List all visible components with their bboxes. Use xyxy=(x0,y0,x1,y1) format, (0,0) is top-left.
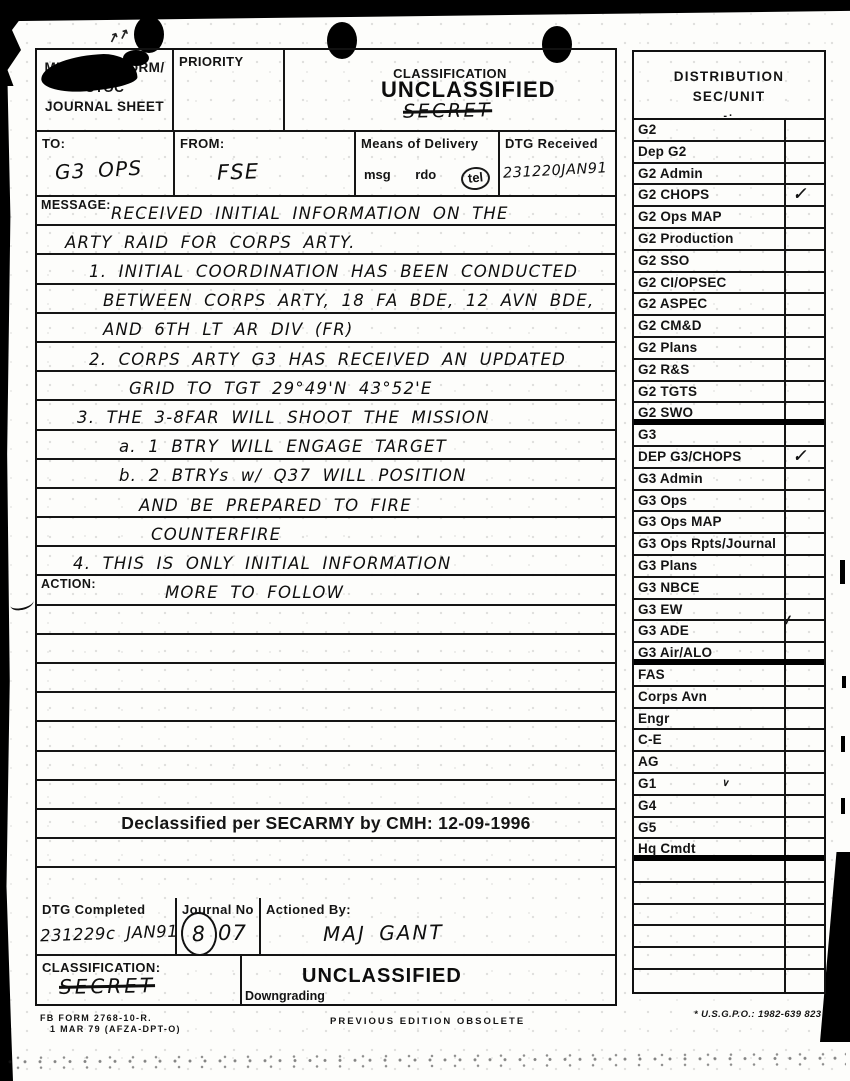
distribution-row-empty xyxy=(634,883,824,905)
handwritten-message-text: 3. THE 3-8FAR WILL SHOOT THE MISSION xyxy=(77,410,490,429)
distribution-check-cell xyxy=(786,687,824,707)
message-form: MESSAGE FORM/ CTOC JOURNAL SHEET PRIORIT… xyxy=(35,48,617,1006)
distribution-row-g2: G2 xyxy=(634,120,824,142)
distribution-unit-label xyxy=(634,948,786,968)
ruled-row xyxy=(37,606,615,635)
distribution-check-cell xyxy=(786,534,824,554)
distribution-row-g2-tgts: G2 TGTS xyxy=(634,382,824,404)
checkmark: ✓ xyxy=(792,184,810,205)
distribution-unit-label xyxy=(634,905,786,925)
stray-pencil-mark: ∨ xyxy=(721,777,731,789)
distribution-check-cell xyxy=(786,818,824,838)
classification-footer-label: CLASSIFICATION: xyxy=(42,960,160,975)
secret-handwritten-struck: SECRET xyxy=(59,975,155,997)
ruled-row: COUNTERFIRE xyxy=(37,518,615,547)
distribution-check-cell xyxy=(786,883,824,903)
distribution-row-g3-nbce: G3 NBCE xyxy=(634,578,824,600)
dtg-received-label: DTG Received xyxy=(505,136,598,151)
distribution-check-cell xyxy=(786,403,824,419)
ruled-row: 4. THIS IS ONLY INITIAL INFORMATION xyxy=(37,547,615,576)
ruled-row: AND BE PREPARED TO FIRE xyxy=(37,489,615,518)
printed-field-label: MESSAGE: xyxy=(41,198,111,212)
handwritten-message-text: RECEIVED INITIAL INFORMATION ON THE xyxy=(111,206,509,225)
ruled-row xyxy=(37,722,615,751)
ruled-row xyxy=(37,693,615,722)
distribution-unit-label: G2 Production xyxy=(634,229,786,249)
distribution-unit-label: Engr xyxy=(634,709,786,729)
dtg-received-value: 231220JAN91 xyxy=(503,161,608,181)
addressing-row: TO: G3 OPS FROM: FSE Means of Delivery m… xyxy=(37,132,615,197)
dtg-completed-label: DTG Completed xyxy=(42,902,145,917)
distribution-row-g2-r-s: G2 R&S xyxy=(634,360,824,382)
ruled-row: GRID TO TGT 29°49'N 43°52'E xyxy=(37,372,615,401)
distribution-check-cell xyxy=(786,491,824,511)
distribution-unit-label: G3 Air/ALO xyxy=(634,643,786,659)
handwritten-message-text: a. 1 BTRY WILL ENGAGE TARGET xyxy=(119,439,447,458)
distribution-row-g4: G4 xyxy=(634,796,824,818)
distribution-check-cell xyxy=(786,730,824,750)
ruled-row xyxy=(37,635,615,664)
distribution-check-cell xyxy=(786,251,824,271)
distribution-unit-label xyxy=(634,970,786,992)
distribution-row-dep-g3-chops: DEP G3/CHOPS✓ xyxy=(634,447,824,469)
distribution-header: DISTRIBUTION SEC/UNIT -· xyxy=(634,52,824,120)
distribution-row-g5: G5 xyxy=(634,818,824,840)
priority-box: PRIORITY xyxy=(174,50,285,130)
distribution-row-empty xyxy=(634,926,824,948)
distribution-check-cell xyxy=(786,556,824,576)
distribution-row-engr: Engr xyxy=(634,709,824,731)
distribution-row-empty xyxy=(634,948,824,970)
handwritten-message-text: AND 6TH LT AR DIV (FR) xyxy=(103,322,354,341)
unclassified-stamp: UNCLASSIFIED xyxy=(302,965,462,988)
distribution-row-ag: AG xyxy=(634,752,824,774)
form-number-line2: 1 MAR 79 (AFZA-DPT-O) xyxy=(40,1024,181,1035)
distribution-check-cell xyxy=(786,861,824,881)
distribution-row-g3-ew: G3 EW✓ xyxy=(634,600,824,622)
distribution-check-cell xyxy=(786,926,824,946)
gpo-print-note: * U.S.G.P.O.: 1982-639 823 xyxy=(694,1009,821,1020)
actioned-by-box: Actioned By: MAJ GANT xyxy=(261,898,615,954)
journal-no-value: 8 07 xyxy=(181,912,247,956)
form-number-line1: FB FORM 2768-10-R. xyxy=(40,1013,181,1024)
distribution-row-g1: G1∨ xyxy=(634,774,824,796)
distribution-row-g2-plans: G2 Plans xyxy=(634,338,824,360)
dtg-received-box: DTG Received 231220JAN91 xyxy=(500,132,615,195)
declassified-stamp-text: Declassified per SECARMY by CMH: 12-09-1… xyxy=(121,813,530,834)
distribution-check-cell xyxy=(786,774,824,794)
dtg-completed-box: DTG Completed 231229c JAN91 xyxy=(37,898,177,954)
distribution-unit-label: DEP G3/CHOPS xyxy=(634,447,786,467)
to-label: TO: xyxy=(42,136,65,151)
ink-blot xyxy=(123,50,149,66)
distribution-unit-label: FAS xyxy=(634,665,786,685)
distribution-row-g2-ci-opsec: G2 CI/OPSEC xyxy=(634,273,824,295)
form-header-row: MESSAGE FORM/ CTOC JOURNAL SHEET PRIORIT… xyxy=(37,50,615,132)
distribution-row-hq-cmdt: Hq Cmdt xyxy=(634,839,824,861)
distribution-check-cell: ✓ xyxy=(786,185,824,205)
journal-no-digits: 07 xyxy=(218,923,247,944)
scan-mark xyxy=(841,736,845,752)
scanned-journal-sheet: ↗↗ MESSAGE FORM/ CTOC JOURNAL SHEET PRIO… xyxy=(0,0,850,1081)
distribution-check-cell xyxy=(786,752,824,772)
distribution-row-g3-ade: G3 ADE xyxy=(634,621,824,643)
distribution-check-cell xyxy=(786,643,824,659)
journal-no-circled-digit: 8 xyxy=(180,910,219,956)
distribution-check-cell xyxy=(786,905,824,925)
ruled-row: ARTY RAID FOR CORPS ARTY. xyxy=(37,226,615,255)
distribution-table: DISTRIBUTION SEC/UNIT -· G2Dep G2G2 Admi… xyxy=(632,50,826,994)
distribution-unit-label: G3 Ops MAP xyxy=(634,512,786,532)
distribution-row-empty xyxy=(634,970,824,992)
distribution-unit-label: G3 xyxy=(634,425,786,445)
distribution-unit-label xyxy=(634,883,786,903)
distribution-unit-label: G2 R&S xyxy=(634,360,786,380)
distribution-unit-label: G3 ADE xyxy=(634,621,786,641)
distribution-unit-label: G3 Ops xyxy=(634,491,786,511)
means-label: Means of Delivery xyxy=(361,136,478,151)
priority-label: PRIORITY xyxy=(179,54,244,69)
distribution-row-g3-admin: G3 Admin xyxy=(634,469,824,491)
distribution-row-g2-admin: G2 Admin xyxy=(634,164,824,186)
ruled-row: 1. INITIAL COORDINATION HAS BEEN CONDUCT… xyxy=(37,255,615,284)
distribution-check-cell xyxy=(786,382,824,402)
handwritten-message-text: ARTY RAID FOR CORPS ARTY. xyxy=(65,235,356,254)
ruled-row: a. 1 BTRY WILL ENGAGE TARGET xyxy=(37,431,615,460)
downgrading-box: UNCLASSIFIED Downgrading xyxy=(242,956,615,1004)
ruled-row: 2. CORPS ARTY G3 HAS RECEIVED AN UPDATED xyxy=(37,343,615,372)
actioned-by-label: Actioned By: xyxy=(266,902,351,917)
distribution-unit-label: Dep G2 xyxy=(634,142,786,162)
margin-ink-mark xyxy=(9,594,35,611)
distribution-rows: G2Dep G2G2 AdminG2 CHOPS✓G2 Ops MAPG2 Pr… xyxy=(634,120,824,992)
secret-handwritten-struck: SECRET xyxy=(403,101,492,122)
delivery-option-tel: tel xyxy=(460,166,491,192)
from-box: FROM: FSE xyxy=(175,132,356,195)
distribution-check-cell xyxy=(786,578,824,598)
journal-no-box: Journal No 8 07 xyxy=(177,898,261,954)
completion-row: DTG Completed 231229c JAN91 Journal No 8… xyxy=(37,898,615,956)
distribution-unit-label: G2 Plans xyxy=(634,338,786,358)
distribution-check-cell xyxy=(786,512,824,532)
declassified-stamp-row: Declassified per SECARMY by CMH: 12-09-1… xyxy=(37,810,615,839)
distribution-check-cell xyxy=(786,142,824,162)
distribution-row-g3: G3 xyxy=(634,425,824,447)
distribution-unit-label: G2 Ops MAP xyxy=(634,207,786,227)
previous-edition-note: PREVIOUS EDITION OBSOLETE xyxy=(330,1016,525,1027)
dtg-completed-value: 231229c JAN91 xyxy=(40,923,179,944)
distribution-unit-label: Hq Cmdt xyxy=(634,839,786,855)
distribution-row-g3-plans: G3 Plans xyxy=(634,556,824,578)
distribution-check-cell xyxy=(786,294,824,314)
distribution-check-cell xyxy=(786,970,824,992)
distribution-check-cell xyxy=(786,229,824,249)
distribution-check-cell xyxy=(786,469,824,489)
distribution-row-g2-ops-map: G2 Ops MAP xyxy=(634,207,824,229)
distribution-header-line2: SEC/UNIT xyxy=(634,87,824,107)
distribution-unit-label: G3 Admin xyxy=(634,469,786,489)
ruled-row: 3. THE 3-8FAR WILL SHOOT THE MISSION xyxy=(37,401,615,430)
distribution-check-cell xyxy=(786,665,824,685)
distribution-unit-label: G1∨ xyxy=(634,774,786,794)
distribution-check-cell xyxy=(786,796,824,816)
form-title-block: MESSAGE FORM/ CTOC JOURNAL SHEET xyxy=(37,50,174,130)
distribution-unit-label: G2 ASPEC xyxy=(634,294,786,314)
distribution-row-g2-aspec: G2 ASPEC xyxy=(634,294,824,316)
distribution-unit-label: G2 CM&D xyxy=(634,316,786,336)
delivery-option-rdo: rdo xyxy=(415,167,436,190)
handwritten-message-text: COUNTERFIRE xyxy=(151,527,281,546)
distribution-check-cell xyxy=(786,948,824,968)
handwritten-message-text: GRID TO TGT 29°49'N 43°52'E xyxy=(129,381,433,400)
to-value: G3 OPS xyxy=(55,158,143,183)
distribution-row-g3-ops: G3 Ops xyxy=(634,491,824,513)
handwritten-message-text: 2. CORPS ARTY G3 HAS RECEIVED AN UPDATED xyxy=(89,352,566,371)
from-label: FROM: xyxy=(180,136,225,151)
pencil-mark: ↗↗ xyxy=(106,25,132,47)
distribution-unit-label: G3 Ops Rpts/Journal xyxy=(634,534,786,554)
distribution-row-empty xyxy=(634,905,824,927)
distribution-row-g2-swo: G2 SWO xyxy=(634,403,824,425)
distribution-check-cell xyxy=(786,338,824,358)
form-number: FB FORM 2768-10-R. 1 MAR 79 (AFZA-DPT-O) xyxy=(40,1013,181,1036)
ruled-row xyxy=(37,839,615,868)
actioned-by-value: MAJ GANT xyxy=(323,921,444,943)
distribution-row-g2-sso: G2 SSO xyxy=(634,251,824,273)
scan-edge-top xyxy=(0,0,850,21)
scan-mark xyxy=(842,676,846,688)
scan-mark xyxy=(841,798,845,814)
distribution-check-cell xyxy=(786,207,824,227)
distribution-row-g3-air-alo: G3 Air/ALO xyxy=(634,643,824,665)
handwritten-message-text: b. 2 BTRYs w/ Q37 WILL POSITION xyxy=(119,468,467,487)
distribution-check-cell xyxy=(786,709,824,729)
message-body: MESSAGE:RECEIVED INITIAL INFORMATION ON … xyxy=(37,197,615,898)
distribution-unit-label: G2 TGTS xyxy=(634,382,786,402)
distribution-row-corps-avn: Corps Avn xyxy=(634,687,824,709)
from-value: FSE xyxy=(217,161,260,183)
ruled-row: BETWEEN CORPS ARTY, 18 FA BDE, 12 AVN BD… xyxy=(37,285,615,314)
distribution-unit-label: G4 xyxy=(634,796,786,816)
ruled-row: b. 2 BTRYs w/ Q37 WILL POSITION xyxy=(37,460,615,489)
distribution-row-g2-cm-d: G2 CM&D xyxy=(634,316,824,338)
ruled-row xyxy=(37,868,615,897)
distribution-row-empty xyxy=(634,861,824,883)
distribution-unit-label: G2 CHOPS xyxy=(634,185,786,205)
to-box: TO: G3 OPS xyxy=(37,132,175,195)
distribution-row-dep-g2: Dep G2 xyxy=(634,142,824,164)
handwritten-message-text: AND BE PREPARED TO FIRE xyxy=(139,498,412,517)
classification-footer-row: CLASSIFICATION: SECRET UNCLASSIFIED Down… xyxy=(37,956,615,1004)
distribution-unit-label: G2 SWO xyxy=(634,403,786,419)
handwritten-message-text: MORE TO FOLLOW xyxy=(165,585,344,604)
scan-mark xyxy=(840,560,845,584)
scan-edge-left xyxy=(0,0,13,1081)
distribution-unit-label: G3 EW✓ xyxy=(634,600,786,620)
ruled-row xyxy=(37,781,615,810)
distribution-check-cell xyxy=(786,360,824,380)
distribution-check-cell xyxy=(786,316,824,336)
means-of-delivery-box: Means of Delivery msgrdotel xyxy=(356,132,500,195)
distribution-row-fas: FAS xyxy=(634,665,824,687)
delivery-options: msgrdotel xyxy=(356,167,498,190)
printed-field-label: ACTION: xyxy=(41,577,96,591)
distribution-check-cell xyxy=(786,839,824,855)
distribution-check-cell xyxy=(786,425,824,445)
scan-noise-band xyxy=(6,1051,846,1071)
distribution-unit-label: C-E xyxy=(634,730,786,750)
action-row: ACTION:MORE TO FOLLOW xyxy=(37,576,615,605)
distribution-unit-label: G2 xyxy=(634,120,786,140)
handwritten-message-text: 4. THIS IS ONLY INITIAL INFORMATION xyxy=(73,556,451,575)
distribution-unit-label: G2 CI/OPSEC xyxy=(634,273,786,293)
classification-box: CLASSIFICATION UNCLASSIFIED SECRET xyxy=(285,50,615,130)
distribution-unit-label: AG xyxy=(634,752,786,772)
ruled-row xyxy=(37,752,615,781)
distribution-row-c-e: C-E xyxy=(634,730,824,752)
checkmark: ✓ xyxy=(792,445,810,466)
classification-footer-box: CLASSIFICATION: SECRET xyxy=(37,956,242,1004)
distribution-unit-label: G2 Admin xyxy=(634,164,786,184)
distribution-unit-label: G3 NBCE xyxy=(634,578,786,598)
ruled-row: AND 6TH LT AR DIV (FR) xyxy=(37,314,615,343)
distribution-check-cell xyxy=(786,164,824,184)
distribution-unit-label xyxy=(634,926,786,946)
form-title-line3: JOURNAL SHEET xyxy=(37,97,172,117)
distribution-row-g2-production: G2 Production xyxy=(634,229,824,251)
distribution-check-cell xyxy=(786,120,824,140)
distribution-check-cell: ✓ xyxy=(786,447,824,467)
distribution-row-g3-ops-map: G3 Ops MAP xyxy=(634,512,824,534)
distribution-header-line1: DISTRIBUTION xyxy=(634,67,824,87)
distribution-unit-label: G3 Plans xyxy=(634,556,786,576)
distribution-unit-label: G5 xyxy=(634,818,786,838)
distribution-check-cell xyxy=(786,273,824,293)
distribution-unit-label: G2 SSO xyxy=(634,251,786,271)
handwritten-message-text: 1. INITIAL COORDINATION HAS BEEN CONDUCT… xyxy=(89,264,578,283)
distribution-unit-label xyxy=(634,861,786,881)
message-row: MESSAGE:RECEIVED INITIAL INFORMATION ON … xyxy=(37,197,615,226)
distribution-row-g3-ops-rpts-journal: G3 Ops Rpts/Journal xyxy=(634,534,824,556)
distribution-unit-label: Corps Avn xyxy=(634,687,786,707)
delivery-option-msg: msg xyxy=(364,167,391,190)
handwritten-message-text: BETWEEN CORPS ARTY, 18 FA BDE, 12 AVN BD… xyxy=(103,293,594,312)
ruled-row xyxy=(37,664,615,693)
downgrading-label: Downgrading xyxy=(245,989,325,1003)
distribution-row-g2-chops: G2 CHOPS✓ xyxy=(634,185,824,207)
